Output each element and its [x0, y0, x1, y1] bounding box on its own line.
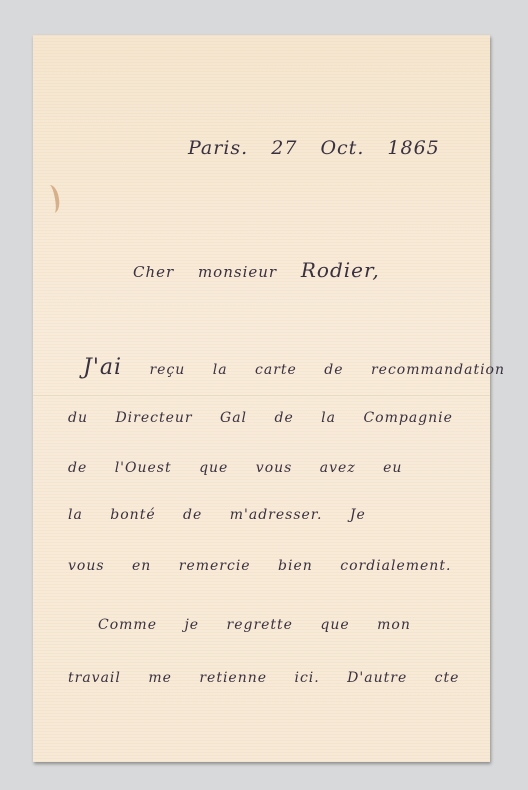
- line-text: reçu la carte de recommandation: [149, 362, 505, 378]
- line-start: J'ai: [83, 355, 122, 380]
- letter-salutation: Cher monsieur Rodier,: [133, 258, 380, 282]
- line-start: la: [68, 507, 83, 523]
- line-start: vous: [68, 558, 105, 574]
- letter-paper: Paris. 27 Oct. 1865 Cher monsieur Rodier…: [33, 35, 490, 762]
- line-text: en remercie bien cordialement.: [132, 558, 451, 574]
- line-start: Comme: [98, 617, 157, 633]
- body-line-4: la bonté de m'adresser. Je: [68, 507, 366, 523]
- line-text: je regrette que mon: [184, 617, 410, 633]
- line-start: de: [68, 460, 87, 476]
- line-start: du: [68, 410, 88, 426]
- line-text: me retienne ici. D'autre cte: [148, 670, 459, 686]
- body-line-2: du Directeur Gal de la Compagnie: [68, 410, 453, 426]
- body-line-3: de l'Ouest que vous avez eu: [68, 460, 402, 476]
- line-text: Directeur Gal de la Compagnie: [115, 410, 453, 426]
- paper-fold-crease: [33, 395, 490, 396]
- paper-stain: [43, 184, 62, 214]
- body-line-7: travail me retienne ici. D'autre cte: [68, 670, 459, 686]
- salutation-prefix: Cher monsieur: [133, 263, 277, 281]
- body-line-1: J'ai reçu la carte de recommandation: [83, 355, 505, 380]
- letter-date: Paris. 27 Oct. 1865: [188, 137, 440, 159]
- recipient-name: Rodier,: [301, 258, 380, 282]
- line-start: travail: [68, 670, 121, 686]
- body-line-6: Comme je regrette que mon: [98, 617, 411, 633]
- body-line-5: vous en remercie bien cordialement.: [68, 558, 451, 574]
- line-text: bonté de m'adresser. Je: [110, 507, 365, 523]
- line-text: l'Ouest que vous avez eu: [115, 460, 403, 476]
